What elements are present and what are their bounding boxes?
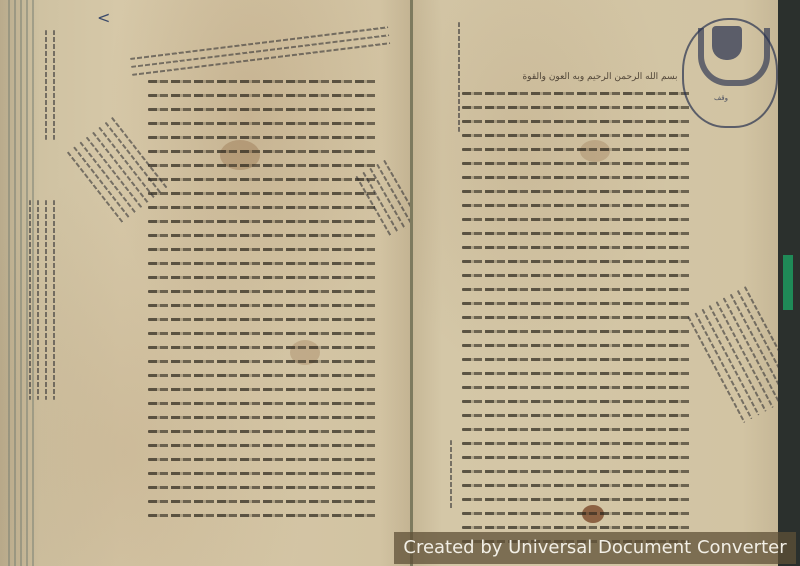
margin-note-left-vertical-lower: [23, 200, 55, 400]
margin-note-bottom-vertical: [444, 440, 452, 510]
margin-note-left-vertical: [452, 22, 460, 132]
left-page: <: [0, 0, 412, 566]
margin-note-top: [130, 26, 391, 82]
bismillah-heading: بسم الله الرحمن الرحيم وبه العون والقوة: [520, 72, 680, 82]
converter-watermark: Created by Universal Document Converter: [394, 532, 796, 564]
manuscript-scan: <: [0, 0, 800, 566]
hand-emblem-icon: [712, 26, 742, 60]
pencil-mark: <: [97, 8, 110, 27]
right-main-text: [462, 92, 692, 554]
green-bookmark-tab: [783, 255, 793, 310]
page-gutter: [410, 0, 413, 566]
margin-note-left-vertical: [39, 30, 55, 140]
left-main-text: [148, 80, 376, 528]
seal-text: وقف: [714, 94, 728, 102]
library-seal-stamp: وقف: [682, 18, 778, 128]
